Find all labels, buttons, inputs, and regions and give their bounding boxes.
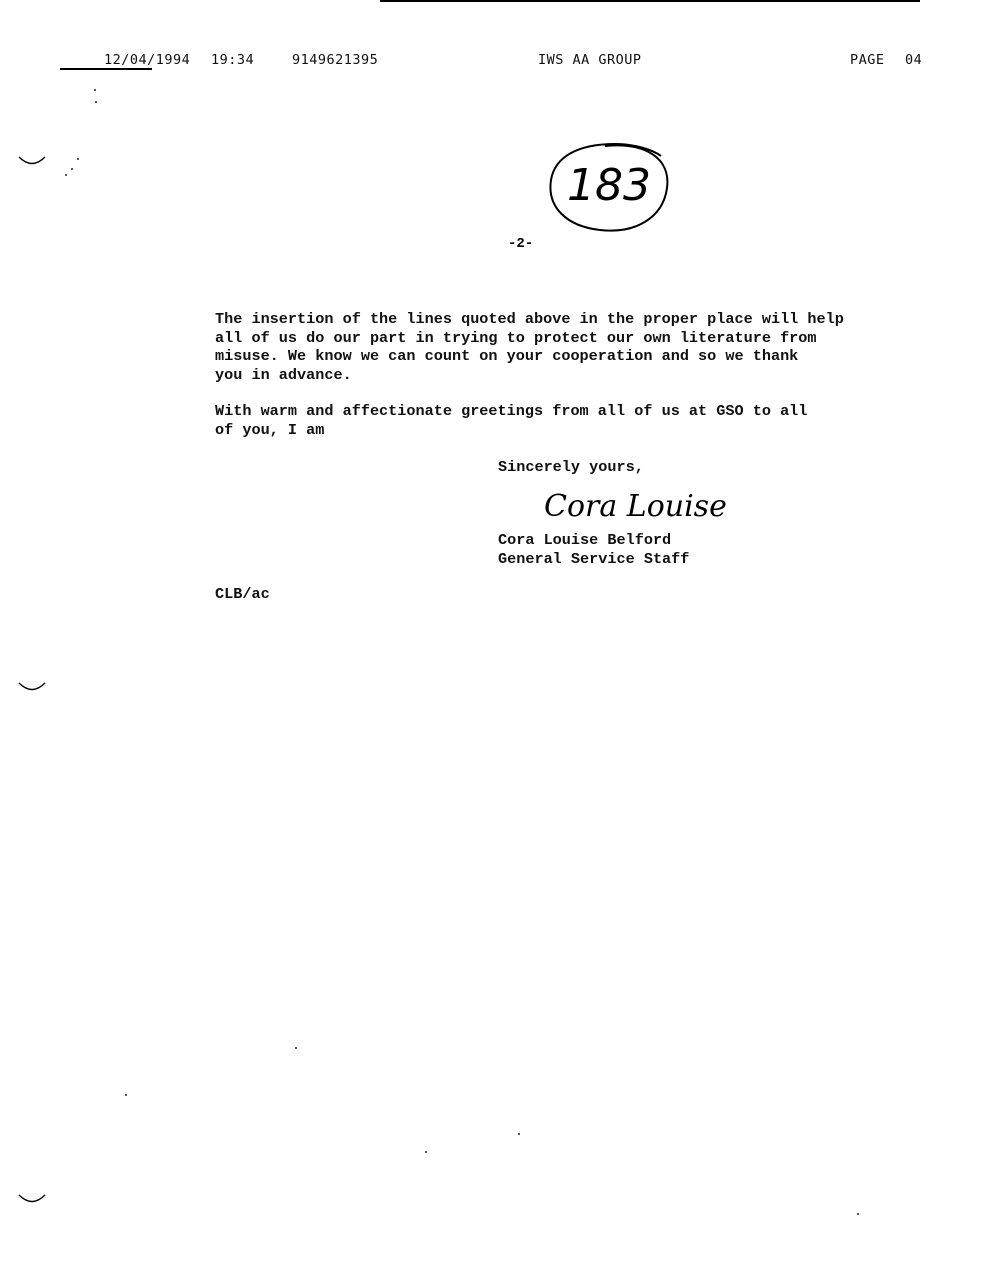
typist-initials: CLB/ac bbox=[215, 585, 270, 603]
signer-title: General Service Staff bbox=[498, 550, 689, 569]
fax-top-edge-line bbox=[380, 0, 920, 2]
scan-speck bbox=[94, 89, 96, 91]
letter-closing: Sincerely yours, bbox=[498, 458, 644, 477]
fax-page-label: PAGE bbox=[850, 52, 885, 68]
punch-hole-mark bbox=[18, 1194, 46, 1206]
fax-page-number: 04 bbox=[905, 52, 922, 68]
signature-text: Cora Louise bbox=[544, 489, 727, 524]
fax-sender: IWS AA GROUP bbox=[538, 52, 642, 68]
scan-speck bbox=[77, 158, 79, 160]
letter-paragraph-2: With warm and affectionate greetings fro… bbox=[215, 402, 895, 439]
scan-speck bbox=[71, 168, 73, 170]
scan-speck bbox=[65, 174, 67, 176]
scan-speck bbox=[125, 1094, 127, 1096]
fax-phone: 9149621395 bbox=[292, 52, 378, 68]
header-underline bbox=[60, 68, 152, 70]
scan-speck bbox=[518, 1133, 520, 1135]
punch-hole-mark bbox=[18, 156, 46, 168]
fax-time: 19:34 bbox=[211, 52, 254, 68]
signer-name: Cora Louise Belford bbox=[498, 531, 689, 550]
punch-hole-mark bbox=[18, 682, 46, 694]
signature-block: Cora Louise Belford General Service Staf… bbox=[498, 531, 689, 569]
page-marker: -2- bbox=[508, 236, 533, 252]
letter-body: The insertion of the lines quoted above … bbox=[215, 310, 895, 457]
scan-speck bbox=[95, 101, 97, 103]
scan-speck bbox=[857, 1213, 859, 1215]
handwritten-page-number: 183 bbox=[545, 140, 673, 238]
handwritten-signature: Cora Louise bbox=[540, 480, 770, 530]
letter-paragraph-1: The insertion of the lines quoted above … bbox=[215, 310, 895, 384]
scan-speck bbox=[425, 1151, 427, 1153]
scan-speck bbox=[295, 1047, 297, 1049]
handwritten-number-text: 183 bbox=[567, 160, 651, 211]
fax-date: 12/04/1994 bbox=[104, 52, 190, 68]
